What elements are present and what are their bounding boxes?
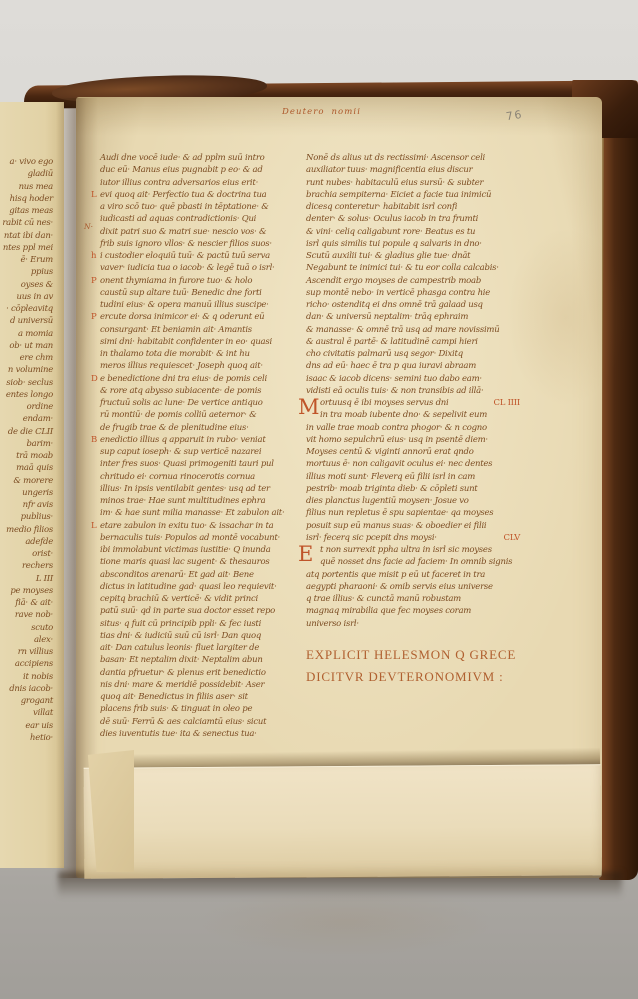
text-line: im· & hae sunt milia manasse· Et zabulon… (100, 507, 303, 519)
book-cover-right-edge (599, 88, 638, 880)
explicit-colophon: EXPLICIT HELESMON Q GRECE DICITVR DEVTER… (306, 644, 516, 688)
parchment-stain (506, 227, 626, 407)
text-line: illius moti sunt· Fleverq eū filii isrl … (306, 471, 518, 483)
line-text: isaac & iacob dicens· semini tuo dabo ea… (306, 374, 482, 384)
line-text: onent thymiama in furore tuo· & holo (100, 276, 252, 286)
line-text: tione maris quasi lac sugent· & thesauro… (100, 557, 269, 567)
fragment-line: ppius (2, 266, 58, 278)
fragment-line: publius· (2, 511, 58, 523)
line-text: brachia sempiterna· Eiciet a facie tua i… (306, 190, 491, 200)
text-line: frib suis ignoro vllos· & nescier filios… (100, 238, 303, 250)
text-line: simi dni· habitabit confidenter in eo· q… (100, 336, 303, 348)
line-text: aegypti pharaoni· & omib servis eius uni… (306, 582, 493, 592)
text-line: denter· & solus· Oculus iacob in tra fru… (306, 213, 518, 225)
fragment-line: orist· (2, 548, 58, 560)
line-text: meros illius requiescet· Joseph quoq ait… (100, 361, 263, 371)
text-line: dē suū· Ferrū & aes calciamtū eius· sicu… (100, 716, 303, 728)
fragment-line: ē· Erum (2, 254, 58, 266)
fragment-line: a· vivo ego (2, 156, 58, 168)
line-text: evi quoq ait· Perfectio tua & doctrina t… (100, 190, 267, 200)
line-text: dicesq conteretur· habitabit isrl confi (306, 202, 457, 212)
fragment-line: alex· (2, 634, 58, 646)
line-text: mortuus ē· non caligavit oculus ei· nec … (306, 459, 492, 469)
text-line: consurgant· Et beniamin ait· Amantis (100, 324, 303, 336)
line-text: cho civitatis palmarū usq segor· Dixitq (306, 349, 463, 359)
line-text: dan· & universū neptalim· trāq ephraim (306, 312, 468, 322)
text-line: brachia sempiterna· Eiciet a facie tua i… (306, 189, 518, 201)
text-line: Levi quoq ait· Perfectio tua & doctrina … (100, 189, 303, 201)
fragment-line: ear uis (2, 720, 58, 732)
line-text: fructuū solis ac lune· De vertice antiqu… (100, 398, 263, 408)
text-line: & manasse· & omnē trā usq ad mare noviss… (306, 324, 518, 336)
text-line: dicesq conteretur· habitabit isrl confi (306, 201, 518, 213)
text-line: sup caput ioseph· & sup verticē nazarei (100, 446, 303, 458)
line-text: vidisti eā oculis tuis· & non transibis … (306, 386, 483, 396)
chapter-number: CL IIII (493, 397, 520, 409)
fragment-line: de die CLII (2, 426, 58, 438)
fragment-line: nus mea (2, 181, 58, 193)
left-page-text-fragments: a· vivo egogladiūnus meahisq hodergitas … (2, 156, 58, 744)
text-line: patū suū· qd in parte sua doctor esset r… (100, 605, 303, 617)
fragment-line: gitas meas (2, 205, 58, 217)
text-line: iudicasti ad aquas contradictionis· Qui (100, 213, 303, 225)
text-line: minos trae· Hae sunt multitudines ephra (100, 495, 303, 507)
text-line: Benedictio illius q apparuit in rubo· ve… (100, 434, 303, 446)
fragment-line: & morere (2, 475, 58, 487)
line-text: atq portentis que misit p eū ut faceret … (306, 570, 485, 580)
fragment-line: gladiū (2, 168, 58, 180)
text-line: chritudo ei· cornua rinocerotis cornua (100, 471, 303, 483)
line-text: Scutū auxilii tui· & gladius glie tue· d… (306, 251, 470, 261)
text-line: quoq ait· Benedictus in filiis aser· sit (100, 691, 303, 703)
line-text: dictus in latitudine gad· quasi leo requ… (100, 582, 277, 592)
line-text: de frugib trae & de plenitudine eius· (100, 423, 249, 433)
text-line: ibi immolabunt victimas iustitie· Q inun… (100, 544, 303, 556)
text-line: atq portentis que misit p eū ut faceret … (306, 569, 518, 581)
fragment-line: a momia (2, 328, 58, 340)
text-line: magnaq mirabilia que fec moyses coram (306, 605, 518, 617)
text-line: in thalamo tota die morabit· & int hu (100, 348, 303, 360)
line-text: & austral ē partē· & latitudinē campi hi… (306, 337, 478, 347)
text-line: tias dni· & iudiciū suū cū isrl· Dan quo… (100, 630, 303, 642)
text-line: isrl· fecerq sic pcepit dns moysi·CLV (306, 532, 518, 544)
text-line: pestrib· moab triginta dieb· & cōpleti s… (306, 483, 518, 495)
fragment-line: ntes ppl mei (2, 242, 58, 254)
line-text: isrl quis similis tui popule q salvaris … (306, 239, 482, 249)
fragment-line: rave nob· (2, 609, 58, 621)
text-line: Letare zabulon in exitu tuo· & issachar … (100, 520, 303, 532)
explicit-line-2: DICITVR DEVTERONOMIVM : (306, 666, 516, 688)
text-line: Et non surrexit ppha ultra in isrl sic m… (306, 544, 518, 556)
text-line: richo· ostenditq ei dns omnē trā galaad … (306, 299, 518, 311)
text-line: dns ad eū· haec ē tra p qua iuravi abraa… (306, 360, 518, 372)
fragment-line: ere chm (2, 352, 58, 364)
line-text: tudini eius· & opera manuū illius suscip… (100, 300, 269, 310)
fragment-line: hetio· (2, 732, 58, 744)
text-line: dantia pfruetur· & plenus erit benedicti… (100, 667, 303, 679)
parchment-bottom-flap (84, 764, 602, 879)
line-text: patū suū· qd in parte sua doctor esset r… (100, 606, 275, 616)
text-line: in tra moab iubente dno· & sepelivit eum (306, 409, 518, 421)
text-line: fructuū solis ac lune· De vertice antiqu… (100, 397, 303, 409)
text-line: rū montiū· de pomis colliū aeternor· & (100, 409, 303, 421)
text-line: Moyses centū & viginti annorū erat qndo (306, 446, 518, 458)
text-line: dixit patri suo & matri sue· nescio vos·… (100, 226, 303, 238)
line-text: duc eū· Manus eius pugnabit p eo· & ad (100, 165, 263, 175)
text-line: & austral ē partē· & latitudinē campi hi… (306, 336, 518, 348)
fragment-line: ungeris (2, 487, 58, 499)
line-text: vaver· iudicia tua o iacob· & legē tuā o… (100, 263, 275, 273)
fragment-line: endam· (2, 413, 58, 425)
fragment-line: nfr avis (2, 499, 58, 511)
line-text: quē nosset dns facie ad faciem· In omnib… (320, 557, 512, 567)
line-text: dies iuventutis tue· ita & senectus tua· (100, 729, 257, 739)
fragment-line: adefde (2, 536, 58, 548)
fragment-line: entes longo (2, 389, 58, 401)
text-line: posuit sup eū manus suas· & oboedier ei … (306, 520, 518, 532)
line-text: & rore atq abysso subiacente· de pomis (100, 386, 261, 396)
text-line: situs· q fuit cū principib ppli· & fec i… (100, 618, 303, 630)
line-text: dns ad eū· haec ē tra p qua iuravi abraa… (306, 361, 476, 371)
text-line: cepitq brachiū & verticē· & vidit princi (100, 593, 303, 605)
text-line: mortuus ē· non caligavit oculus ei· nec … (306, 458, 518, 470)
fragment-line: L III (2, 573, 58, 585)
line-text: posuit sup eū manus suas· & oboedier ei … (306, 521, 486, 531)
text-line: filius nun repletus ē spu sapientae· qa … (306, 507, 518, 519)
text-line: aegypti pharaoni· & omib servis eius uni… (306, 581, 518, 593)
text-line: bernaculis tuis· Populos ad montē vocabu… (100, 532, 303, 544)
fragment-line: fiā· & ait· (2, 597, 58, 609)
line-text: inter fres suos· Quasi primogeniti tauri… (100, 459, 274, 469)
text-line: dies iuventutis tue· ita & senectus tua· (100, 728, 303, 740)
line-text: dixit patri suo & matri sue· nescio vos·… (100, 227, 266, 237)
fragment-line: · cōpleavitq (2, 303, 58, 315)
line-text: Moyses centū & viginti annorū erat qndo (306, 447, 474, 457)
text-line: Audi dne vocē iude· & ad pplm suū intro (100, 152, 303, 164)
line-text: chritudo ei· cornua rinocerotis cornua (100, 472, 255, 482)
running-title: Deutero nomii (282, 107, 361, 117)
text-line: dies planctus lugentiū moysen· Josue vo (306, 495, 518, 507)
line-text: bernaculis tuis· Populos ad montē vocabu… (100, 533, 280, 543)
fragment-line: rabit cū nes· (2, 217, 58, 229)
text-line: tudini eius· & opera manuū illius suscip… (100, 299, 303, 311)
rubric-initial: D (91, 373, 100, 385)
line-text: i custodier eloquiū tuū· & pactū tuū ser… (100, 251, 270, 261)
text-line: isrl quis similis tui popule q salvaris … (306, 238, 518, 250)
line-text: filius nun repletus ē spu sapientae· qa … (306, 508, 493, 518)
text-line: duc eū· Manus eius pugnabit p eo· & ad (100, 164, 303, 176)
fragment-line: ntat ibi dan· (2, 230, 58, 242)
text-line: de frugib trae & de plenitudine eius· (100, 422, 303, 434)
text-line: a viro scō tuo· quē pbasti in tēptatione… (100, 201, 303, 213)
fragment-line: d universū (2, 315, 58, 327)
line-text: illius moti sunt· Fleverq eū filii isrl … (306, 472, 475, 482)
text-line: q trae illius· & cunctā manū robustam (306, 593, 518, 605)
line-text: iutor illius contra adversarios eius eri… (100, 178, 258, 188)
line-text: a viro scō tuo· quē pbasti in tēptatione… (100, 202, 269, 212)
line-text: minos trae· Hae sunt multitudines ephra (100, 496, 265, 506)
fragment-line: medio filios (2, 524, 58, 536)
fragment-line: scuto (2, 622, 58, 634)
text-line: caustū sup altare tuū· Benedic dne forti (100, 287, 303, 299)
text-line: basan· Et neptalim dixit· Neptalim abun (100, 654, 303, 666)
line-text: sup montē nebo· in verticē phasga contra… (306, 288, 490, 298)
line-text: caustū sup altare tuū· Benedic dne forti (100, 288, 262, 298)
text-line: Scutū auxilii tui· & gladius glie tue· d… (306, 250, 518, 262)
fragment-line: barim· (2, 438, 58, 450)
text-column-2: Nonē ds alius ut ds rectissimi· Ascensor… (306, 152, 518, 630)
fragment-line: villat (2, 707, 58, 719)
line-text: enedictio illius q apparuit in rubo· ven… (100, 435, 266, 445)
text-line: quē nosset dns facie ad faciem· In omnib… (306, 556, 518, 568)
fragment-line: grogant (2, 695, 58, 707)
fragment-line: trā moab (2, 450, 58, 462)
text-line: tione maris quasi lac sugent· & thesauro… (100, 556, 303, 568)
line-text: denter· & solus· Oculus iacob in tra fru… (306, 214, 478, 224)
rubric-initial: P (91, 275, 100, 287)
text-line: in valle trae moab contra phogor· & n co… (306, 422, 518, 434)
line-text: illius· In ipsis ventilabit gentes· usq … (100, 484, 270, 494)
line-text: in tra moab iubente dno· & sepelivit eum (320, 410, 487, 420)
text-line: absconditos arenarū· Et gad ait· Bene (100, 569, 303, 581)
text-line: iutor illius contra adversarios eius eri… (100, 177, 303, 189)
line-text: magnaq mirabilia que fec moyses coram (306, 606, 471, 616)
text-line: ait· Dan catulus leonis· fluet largiter … (100, 642, 303, 654)
fragment-line: siob· seclus (2, 377, 58, 389)
folio-number: 76 (505, 108, 524, 123)
line-text: ercute dorsa inimicor ei· & q oderunt eū (100, 312, 264, 322)
text-line: Percute dorsa inimicor ei· & q oderunt e… (100, 311, 303, 323)
text-line: placens frib suis· & tinguat in oleo pe (100, 703, 303, 715)
text-line: vaver· iudicia tua o iacob· & legē tuā o… (100, 262, 303, 274)
line-text: ibi immolabunt victimas iustitie· Q inun… (100, 545, 271, 555)
line-text: dies planctus lugentiū moysen· Josue vo (306, 496, 469, 506)
line-text: dantia pfruetur· & plenus erit benedicti… (100, 668, 266, 678)
line-text: absconditos arenarū· Et gad ait· Bene (100, 570, 254, 580)
text-line: vidisti eā oculis tuis· & non transibis … (306, 385, 518, 397)
text-line: runt nubes· habitaculū eius sursū· & sub… (306, 177, 518, 189)
line-text: universo isrl· (306, 619, 359, 629)
line-text: isrl· fecerq sic pcepit dns moysi· (306, 533, 437, 543)
text-line: hi custodier eloquiū tuū· & pactū tuū se… (100, 250, 303, 262)
line-text: situs· q fuit cū principib ppli· & fec i… (100, 619, 261, 629)
line-text: placens frib suis· & tinguat in oleo pe (100, 704, 252, 714)
line-text: pestrib· moab triginta dieb· & cōpleti s… (306, 484, 477, 494)
line-text: t non surrexit ppha ultra in isrl sic mo… (320, 545, 492, 555)
line-text: rū montiū· de pomis colliū aeternor· & (100, 410, 256, 420)
fragment-line: rechers (2, 560, 58, 572)
fragment-line: n volumine (2, 364, 58, 376)
text-line: illius· In ipsis ventilabit gentes· usq … (100, 483, 303, 495)
line-text: Nonē ds alius ut ds rectissimi· Ascensor… (306, 153, 485, 163)
line-text: in valle trae moab contra phogor· & n co… (306, 423, 487, 433)
rubric-initial: B (91, 434, 100, 446)
line-text: im· & hae sunt milia manasse· Et zabulon… (100, 508, 284, 518)
fragment-line: ordine (2, 401, 58, 413)
explicit-line-1: EXPLICIT HELESMON Q GRECE (306, 644, 516, 666)
line-text: frib suis ignoro vllos· & nescier filios… (100, 239, 272, 249)
fragment-line: maā quis (2, 462, 58, 474)
line-text: Ascendit ergo moyses de campestrib moab (306, 276, 481, 286)
line-text: iudicasti ad aquas contradictionis· Qui (100, 214, 256, 224)
fragment-line: dnis iacob· (2, 683, 58, 695)
line-text: ortuusq ē ibi moyses servus dni (320, 398, 448, 408)
line-text: consurgant· Et beniamin ait· Amantis (100, 325, 252, 335)
text-line: Ponent thymiama in furore tuo· & holo (100, 275, 303, 287)
fragment-line: oyses & (2, 279, 58, 291)
text-line: universo isrl· (306, 618, 518, 630)
fragment-line: uus in av (2, 291, 58, 303)
text-line: Nonē ds alius ut ds rectissimi· Ascensor… (306, 152, 518, 164)
text-line: dan· & universū neptalim· trāq ephraim (306, 311, 518, 323)
rubric-initial: L (91, 189, 100, 201)
text-line: inter fres suos· Quasi primogeniti tauri… (100, 458, 303, 470)
fragment-line: it nobis (2, 671, 58, 683)
line-text: in thalamo tota die morabit· & int hu (100, 349, 250, 359)
fragment-line: pe moyses (2, 585, 58, 597)
text-line: dictus in latitudine gad· quasi leo requ… (100, 581, 303, 593)
text-line: sup montē nebo· in verticē phasga contra… (306, 287, 518, 299)
manuscript-photo: Deutero nomii 76 a· vivo egogladiūnus me… (0, 0, 638, 999)
line-text: cepitq brachiū & verticē· & vidit princi (100, 594, 258, 604)
rubric-initial: h (91, 250, 100, 262)
rubric-initial: L (91, 520, 100, 532)
text-line: meros illius requiescet· Joseph quoq ait… (100, 360, 303, 372)
line-text: etare zabulon in exitu tuo· & issachar i… (100, 521, 273, 531)
text-line: isaac & iacob dicens· semini tuo dabo ea… (306, 373, 518, 385)
line-text: Negabunt te inimici tui· & tu eor colla … (306, 263, 499, 273)
line-text: sup caput ioseph· & sup verticē nazarei (100, 447, 261, 457)
text-line: & rore atq abysso subiacente· de pomis (100, 385, 303, 397)
line-text: nis dni· mare & meridiē possidebit· Aser (100, 680, 264, 690)
text-line: Ascendit ergo moyses de campestrib moab (306, 275, 518, 287)
line-text: ait· Dan catulus leonis· fluet largiter … (100, 643, 259, 653)
line-text: & manasse· & omnē trā usq ad mare noviss… (306, 325, 499, 335)
text-line: Negabunt te inimici tui· & tu eor colla … (306, 262, 518, 274)
chapter-number: CLV (503, 532, 520, 544)
margin-note: N· (84, 222, 93, 231)
line-text: tias dni· & iudiciū suū cū isrl· Dan quo… (100, 631, 261, 641)
line-text: quoq ait· Benedictus in filiis aser· sit (100, 692, 248, 702)
line-text: richo· ostenditq ei dns omnē trā galaad … (306, 300, 483, 310)
fragment-line: hisq hoder (2, 193, 58, 205)
line-text: basan· Et neptalim dixit· Neptalim abun (100, 655, 263, 665)
line-text: q trae illius· & cunctā manū robustam (306, 594, 461, 604)
line-text: runt nubes· habitaculū eius sursū· & sub… (306, 178, 483, 188)
text-column-1: Audi dne vocē iude· & ad pplm suū introd… (100, 152, 303, 740)
line-text: e benedictione dni tra eius· de pomis ce… (100, 374, 267, 384)
fragment-line: ob· ut man (2, 340, 58, 352)
text-line: Mortuusq ē ibi moyses servus dniCL IIII (306, 397, 518, 409)
text-line: De benedictione dni tra eius· de pomis c… (100, 373, 303, 385)
line-text: & vini· celiq caligabunt rore· Beatus es… (306, 227, 475, 237)
line-text: dē suū· Ferrū & aes calciamtū eius· sicu… (100, 717, 266, 727)
fragment-line: rn villius (2, 646, 58, 658)
rubric-initial: P (91, 311, 100, 323)
text-line: nis dni· mare & meridiē possidebit· Aser (100, 679, 303, 691)
line-text: auxiliator tuus· magnificentia eius disc… (306, 165, 472, 175)
line-text: vit homo sepulchrū eius· usq in psentē d… (306, 435, 488, 445)
text-line: vit homo sepulchrū eius· usq in psentē d… (306, 434, 518, 446)
fragment-line: accipiens (2, 658, 58, 670)
line-text: Audi dne vocē iude· & ad pplm suū intro (100, 153, 265, 163)
text-line: auxiliator tuus· magnificentia eius disc… (306, 164, 518, 176)
text-line: & vini· celiq caligabunt rore· Beatus es… (306, 226, 518, 238)
text-line: cho civitatis palmarū usq segor· Dixitq (306, 348, 518, 360)
line-text: simi dni· habitabit confidenter in eo· q… (100, 337, 272, 347)
